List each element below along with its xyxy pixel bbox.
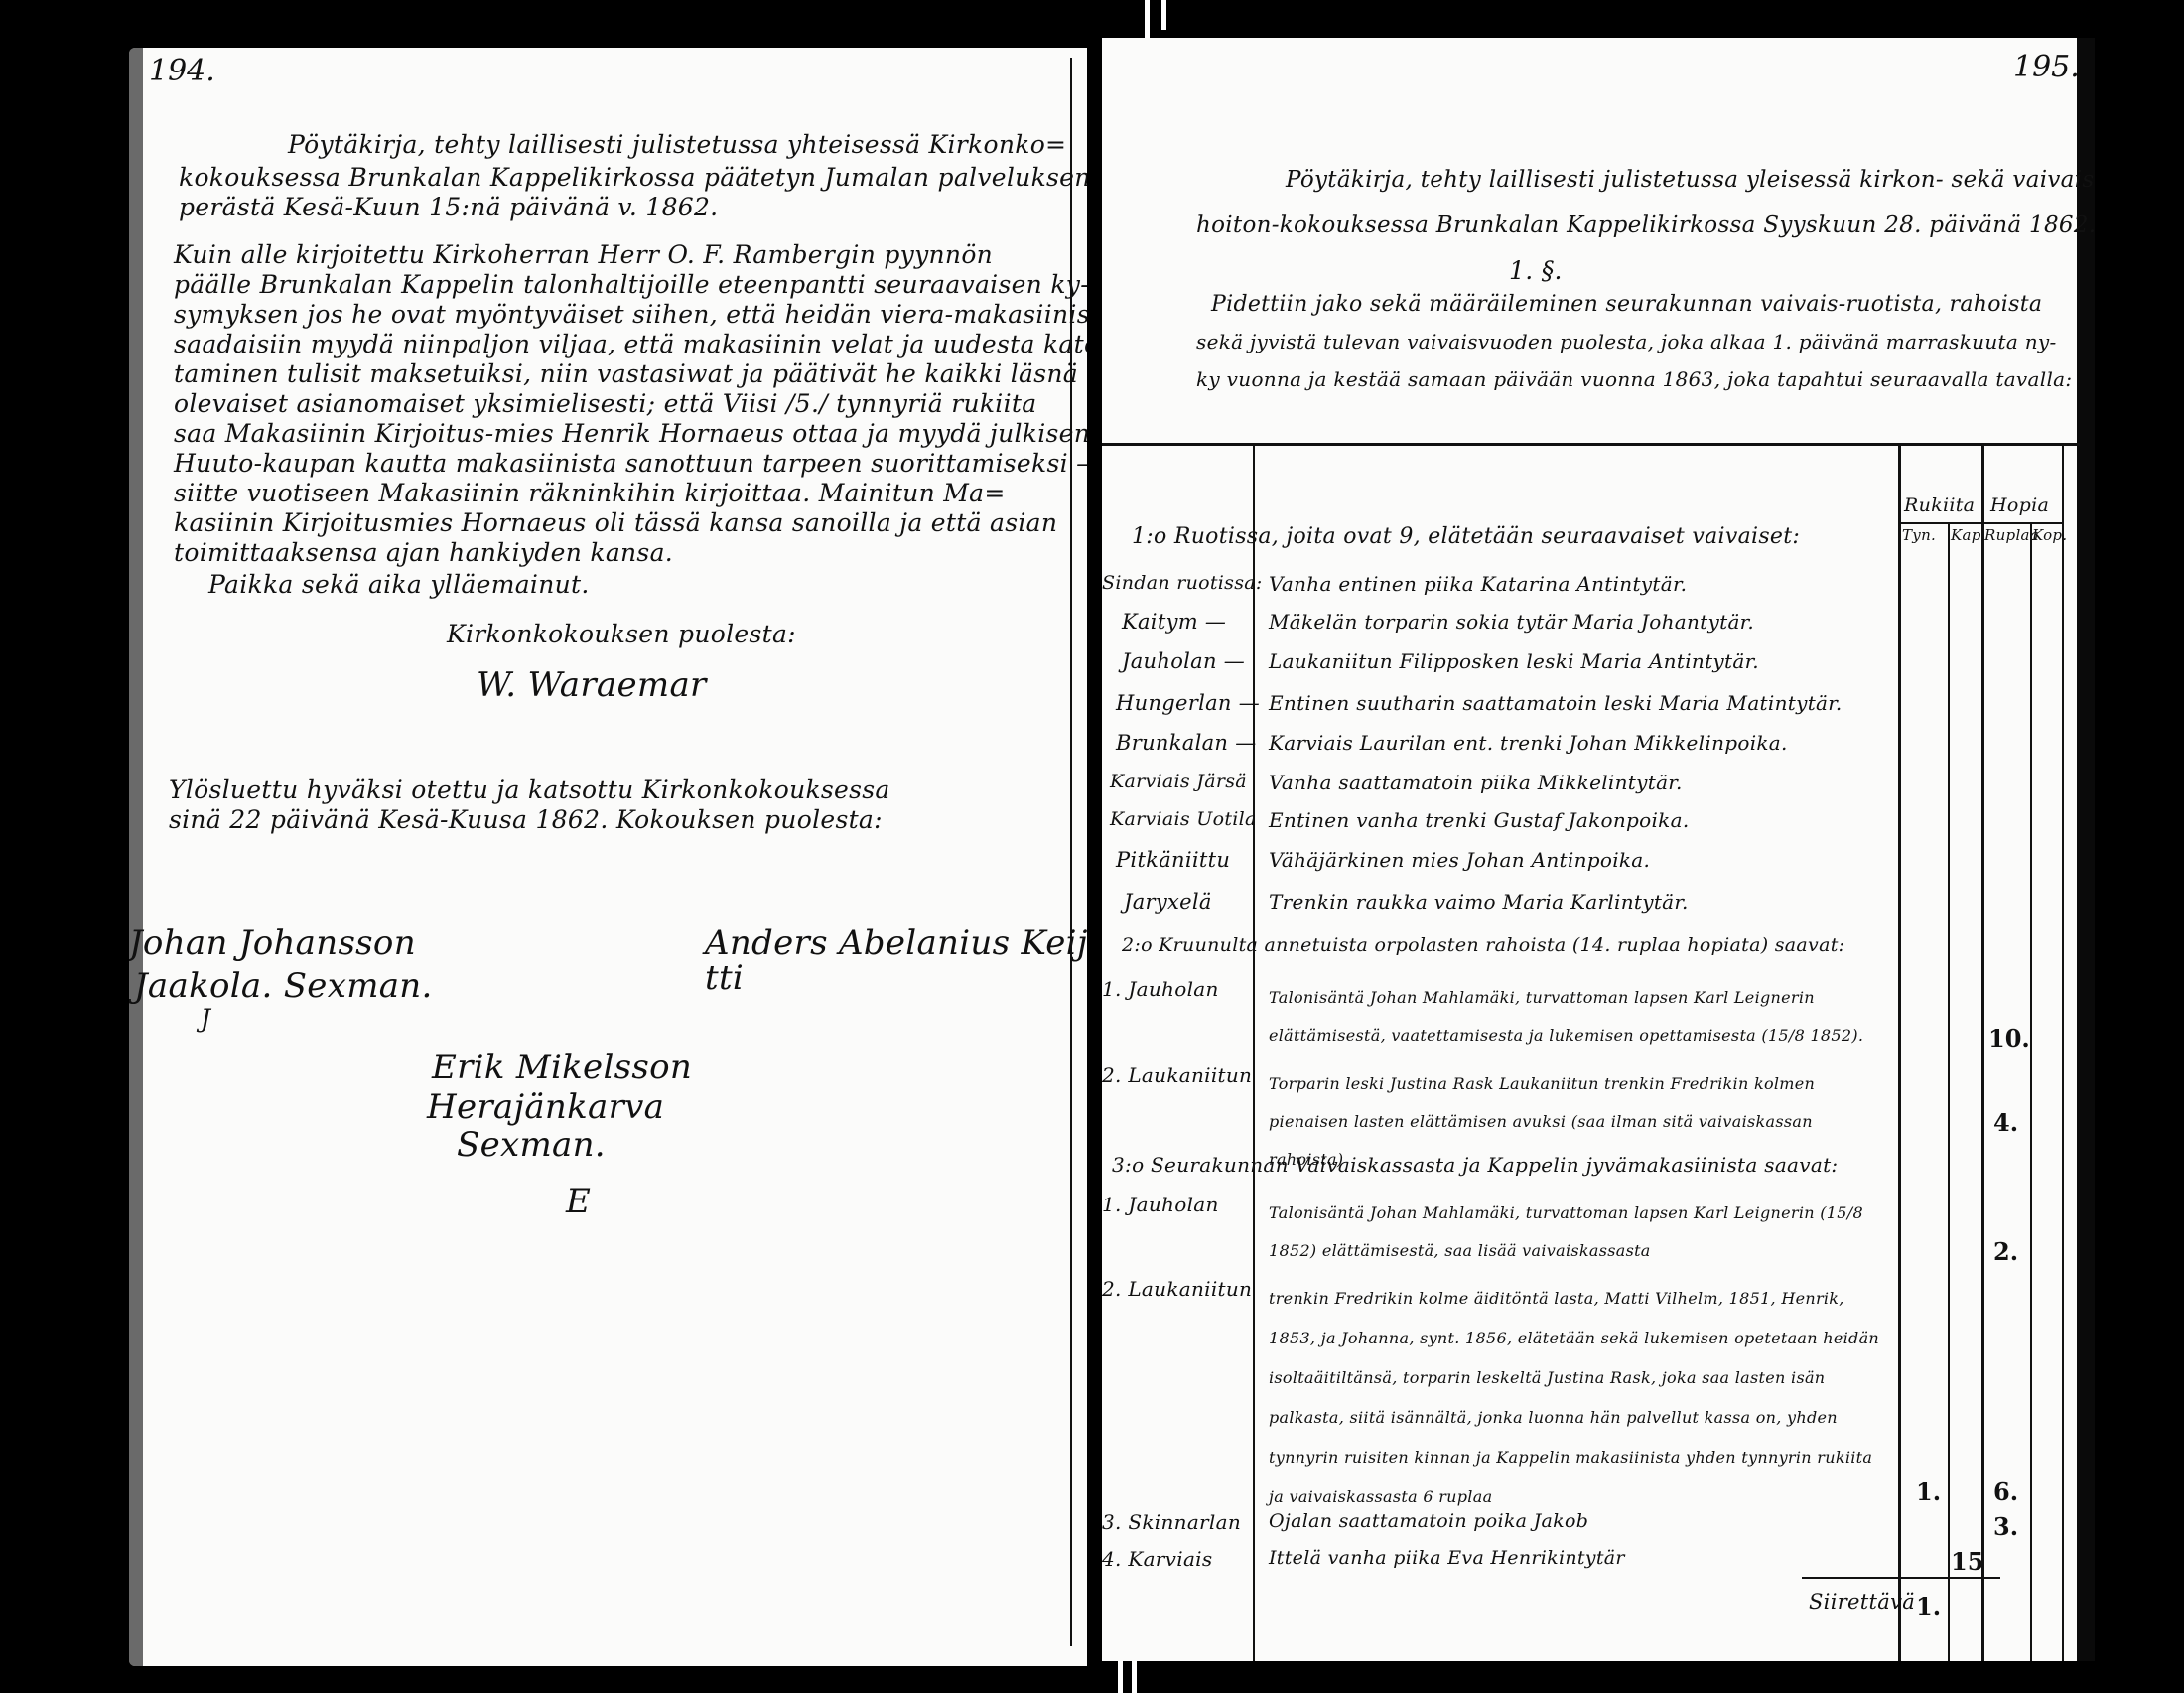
body-line: kasiinin Kirjoitusmies Hornaeus oli täss… [174,510,1057,535]
text-cell: Talonisäntä Johan Mahlamäki, turvattoman… [1269,979,1884,1055]
amount-ruplaa: 4. [1993,1108,2018,1137]
gutter-mark-top-1 [1145,0,1150,38]
page-number-left: 194. [149,54,215,88]
attestation-line: Ylösluettu hyväksi otettu ja katsottu Ki… [169,777,890,802]
signature-label: Kirkonkokouksen puolesta: [447,622,796,646]
intro-line: sekä jyvistä tulevan vaivaisvuoden puole… [1196,332,2057,352]
place-column-divider [1253,445,1255,1661]
rukiita-sub-divider [1948,524,1950,1661]
gutter-mark-bottom-2 [1132,1658,1137,1693]
text-cell: trenkin Fredrikin kolme äiditöntä lasta,… [1269,1279,1884,1517]
section-heading: 1:o Ruotissa, joita ovat 9, elätetään se… [1132,526,1800,548]
witness-name: Johan Johansson [129,926,416,960]
heading-line: perästä Kesä-Kuun 15:nä päivänä v. 1862. [179,195,718,219]
page-edge-shadow [2077,38,2095,1661]
heading-line: kokouksessa Brunkalan Kappelikirkossa pä… [179,165,1087,190]
subheader-kap: Kap. [1951,528,1986,543]
witness-title: Jaakola. Sexman. [134,969,433,1003]
total-rule [1802,1577,2000,1579]
heading-line: hoiton-kokouksessa Brunkalan Kappelikirk… [1196,214,2095,237]
column-header-rukiita: Rukiita [1904,496,1975,515]
place-cell: 3. Skinnarlan [1102,1512,1241,1532]
place-cell: 2. Laukaniitun [1102,1065,1252,1085]
text-cell: Ittelä vanha piika Eva Henrikintytär [1269,1549,1625,1568]
signature: W. Waraemar [477,668,707,702]
subheader-kop: Kop. [2032,528,2067,543]
witness-title: Herajänkarva [427,1090,664,1124]
witness-mark: E [566,1185,591,1218]
total-tyn: 1. [1916,1592,1941,1621]
text-cell: Karviais Laurilan ent. trenki Johan Mikk… [1269,733,1788,753]
body-line: Kuin alle kirjoitettu Kirkoherran Herr O… [174,242,993,267]
amount-ruplaa: 2. [1993,1237,2018,1266]
subheader-tyn: Tyn. [1902,528,1936,543]
amount-ruplaa: 6. [1993,1478,2018,1506]
text-cell: Vähäjärkinen mies Johan Antinpoika. [1269,850,1650,870]
rukiita-left-divider [1898,445,1901,1661]
text-cell: Ojalan saattamatoin poika Jakob [1269,1512,1588,1531]
body-line: Paikka sekä aika ylläemainut. [208,572,590,597]
place-cell: Karviais Järsä [1110,773,1247,791]
total-label: Siirettävä [1809,1592,1915,1613]
body-line: saadaisiin myydä niinpaljon viljaa, että… [174,332,1087,356]
place-cell: Pitkäniittu [1116,850,1230,871]
text-cell: Vanha saattamatoin piika Mikkelintytär. [1269,773,1683,792]
witness-mark: J [201,1006,210,1031]
column-header-hopia: Hopia [1990,496,2049,515]
hopia-right-divider [2062,445,2064,1661]
body-line: toimittaaksensa ajan hankiyden kansa. [174,540,673,565]
attestation-line: sinä 22 päivänä Kesä-Kuusa 1862. Kokouks… [169,807,883,832]
place-cell: 4. Karviais [1102,1549,1212,1569]
section-heading: 3:o Seurakunnan Vaivaiskassasta ja Kappe… [1112,1155,1838,1175]
text-cell: Vanha entinen piika Katarina Antintytär. [1269,574,1687,594]
amount-ruplaa: 10. [1988,1024,2030,1053]
body-line: saa Makasiinin Kirjoitus-mies Henrik Hor… [174,421,1087,446]
place-cell: Sindan ruotissa: [1102,574,1263,593]
page-edge-shadow [129,48,143,1666]
text-cell: Talonisäntä Johan Mahlamäki, turvattoman… [1269,1195,1884,1270]
subheader-ruplaa: Ruplaa [1984,528,2039,543]
amount-kap: 15 [1951,1547,1983,1576]
column-subheader-rule [1898,522,2064,524]
gutter-mark-top-2 [1161,0,1166,30]
section-mark: 1. §. [1509,258,1563,283]
body-line: Huuto-kaupan kautta makasiinista sanottu… [174,451,1087,476]
place-cell: Hungerlan — [1116,693,1260,714]
witness-title: tti [705,961,744,995]
body-line: siitte vuotiseen Makasiinin räkninkihin … [174,481,1006,505]
gutter-mark-bottom-1 [1118,1658,1123,1693]
text-cell: Trenkin raukka vaimo Maria Karlintytär. [1269,892,1689,912]
amount-tyn: 1. [1916,1478,1941,1506]
intro-line: Pidettiin jako sekä määräileminen seurak… [1211,294,2042,316]
body-line: olevaiset asianomaiset yksimielisesti; e… [174,391,1036,416]
heading-line: Pöytäkirja, tehty laillisesti julistetus… [1286,169,2095,192]
witness-title: Sexman. [457,1128,606,1162]
intro-line: ky vuonna ja kestää samaan päivään vuonn… [1196,369,2072,389]
witness-name: Anders Abelanius Keijkarnär [705,926,1087,960]
body-line: taminen tulisit maksetuiksi, niin vastas… [174,361,1078,386]
place-cell: Karviais Uotila [1110,810,1257,829]
body-line: päälle Brunkalan Kappelin talonhaltijoil… [174,272,1087,297]
witness-name: Erik Mikelsson [432,1051,692,1084]
amount-ruplaa: 3. [1993,1512,2018,1541]
section-heading: 2:o Kruunulta annetuista orpolasten raho… [1122,936,1844,955]
place-cell: Jauholan — [1122,651,1245,672]
text-cell: Laukaniitun Filipposken leski Maria Anti… [1269,651,1759,671]
heading-line: Pöytäkirja, tehty laillisesti julistetus… [288,132,1066,157]
page-number-right: 195. [2013,50,2080,84]
text-cell: Entinen vanha trenki Gustaf Jakonpoika. [1269,810,1690,830]
right-page: 195. Pöytäkirja, tehty laillisesti julis… [1102,38,2095,1661]
place-cell: 2. Laukaniitun [1102,1279,1252,1299]
place-cell: 1. Jauholan [1102,1195,1219,1214]
text-cell: Entinen suutharin saattamatoin leski Mar… [1269,693,1843,713]
place-cell: 1. Jauholan [1102,979,1219,999]
hopia-left-divider [1981,445,1984,1661]
page-binding-line [1070,58,1072,1646]
place-cell: Jaryxelä [1124,892,1212,913]
left-page: 194. Pöytäkirja, tehty laillisesti julis… [129,48,1087,1666]
place-cell: Brunkalan — [1116,733,1257,754]
body-line: symyksen jos he ovat myöntyväiset siihen… [174,302,1087,327]
place-cell: Kaitym — [1122,612,1226,633]
table-top-rule [1102,443,2080,446]
text-cell: Mäkelän torparin sokia tytär Maria Johan… [1269,612,1754,632]
hopia-sub-divider [2030,524,2032,1661]
